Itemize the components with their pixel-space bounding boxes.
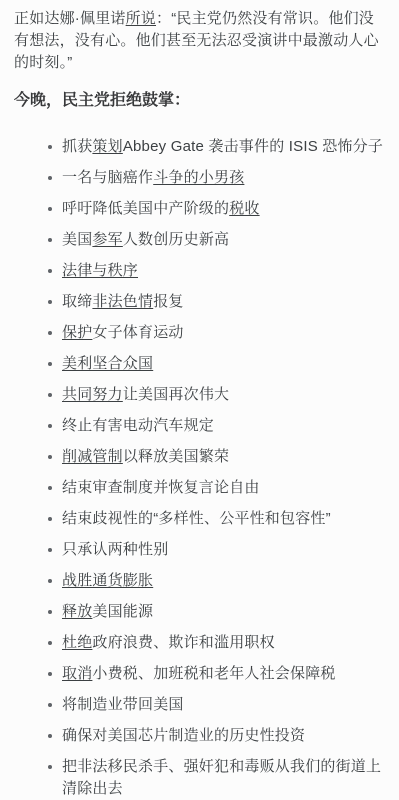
list-item: 美利坚合众国 <box>47 353 385 375</box>
list-item: 保护女子体育运动 <box>47 322 385 344</box>
inline-link[interactable]: 法律与秩序 <box>62 262 138 279</box>
list-item: 将制造业带回美国 <box>47 694 385 716</box>
list-item: 战胜通货膨胀 <box>47 570 385 592</box>
list-item: 一名与脑癌作斗争的小男孩 <box>47 167 385 189</box>
inline-link[interactable]: 非法色情 <box>92 293 153 310</box>
inline-link[interactable]: 杜绝 <box>62 634 92 651</box>
list-item: 削减管制以释放美国繁荣 <box>47 446 385 468</box>
text-segment: 呼吁降低美国中产阶级的 <box>62 200 229 217</box>
inline-link[interactable]: 所说 <box>126 10 156 27</box>
list-item: 杜绝政府浪费、欺诈和滥用职权 <box>47 632 385 654</box>
text-segment: 人数创历史新高 <box>123 231 229 248</box>
list-item: 美国参军人数创历史新高 <box>47 229 385 251</box>
text-segment: 确保对美国芯片制造业的历史性投资 <box>62 727 305 744</box>
text-segment: 一名与脑癌作 <box>62 169 153 186</box>
inline-link[interactable]: 税收 <box>229 200 259 217</box>
list-item: 共同努力让美国再次伟大 <box>47 384 385 406</box>
inline-link[interactable]: 斗争的小男孩 <box>153 169 244 186</box>
list-item: 把非法移民杀手、强奸犯和毒贩从我们的街道上清除出去 <box>47 756 385 800</box>
text-segment: 政府浪费、欺诈和滥用职权 <box>92 634 274 651</box>
text-segment: 以释放美国繁荣 <box>123 448 229 465</box>
list-item: 法律与秩序 <box>47 260 385 282</box>
text-segment: 取缔 <box>62 293 92 310</box>
inline-link[interactable]: 削减管制 <box>62 448 123 465</box>
article-body: 正如达娜·佩里诺所说：“民主党仍然没有常识。他们没有想法，没有心。他们甚至无法忍… <box>0 0 399 800</box>
inline-link[interactable]: 保护 <box>62 324 92 341</box>
text-segment: 美国 <box>62 231 92 248</box>
inline-link[interactable]: 策划 <box>92 138 122 155</box>
text-segment: 小费税、加班税和老年人社会保障税 <box>92 665 335 682</box>
inline-link[interactable]: 参军 <box>92 231 122 248</box>
text-segment: 结束审查制度并恢复言论自由 <box>62 479 260 496</box>
list-item: 只承认两种性别 <box>47 539 385 561</box>
list-item: 取消小费税、加班税和老年人社会保障税 <box>47 663 385 685</box>
inline-link[interactable]: 美利坚合众国 <box>62 355 153 372</box>
inline-link[interactable]: 共同努力 <box>62 386 123 403</box>
intro-paragraph: 正如达娜·佩里诺所说：“民主党仍然没有常识。他们没有想法，没有心。他们甚至无法忍… <box>14 8 385 74</box>
text-segment: 正如达娜·佩里诺 <box>14 10 126 27</box>
list-item: 确保对美国芯片制造业的历史性投资 <box>47 725 385 747</box>
text-segment: 抓获 <box>62 138 92 155</box>
inline-link[interactable]: 释放 <box>62 603 92 620</box>
text-segment: 报复 <box>153 293 183 310</box>
list-item: 呼吁降低美国中产阶级的税收 <box>47 198 385 220</box>
text-segment: 美国能源 <box>92 603 153 620</box>
text-segment: 只承认两种性别 <box>62 541 168 558</box>
text-segment: 女子体育运动 <box>92 324 183 341</box>
text-segment: Abbey Gate 袭击事件的 ISIS 恐怖分子 <box>123 138 383 155</box>
text-segment: 结束歧视性的“多样性、公平性和包容性” <box>62 510 331 527</box>
inline-link[interactable]: 取消 <box>62 665 92 682</box>
list-item: 抓获策划Abbey Gate 袭击事件的 ISIS 恐怖分子 <box>47 136 385 158</box>
text-segment: 将制造业带回美国 <box>62 696 184 713</box>
text-segment: 终止有害电动汽车规定 <box>62 417 214 434</box>
text-segment: 让美国再次伟大 <box>123 386 229 403</box>
list-item: 释放美国能源 <box>47 601 385 623</box>
bullet-list: 抓获策划Abbey Gate 袭击事件的 ISIS 恐怖分子一名与脑癌作斗争的小… <box>14 136 385 800</box>
inline-link[interactable]: 战胜通货膨胀 <box>62 572 153 589</box>
text-segment: 把非法移民杀手、强奸犯和毒贩从我们的街道上清除出去 <box>62 758 381 797</box>
section-heading: 今晚，民主党拒绝鼓掌： <box>14 90 385 112</box>
list-item: 结束歧视性的“多样性、公平性和包容性” <box>47 508 385 530</box>
list-item: 取缔非法色情报复 <box>47 291 385 313</box>
list-item: 结束审查制度并恢复言论自由 <box>47 477 385 499</box>
list-item: 终止有害电动汽车规定 <box>47 415 385 437</box>
